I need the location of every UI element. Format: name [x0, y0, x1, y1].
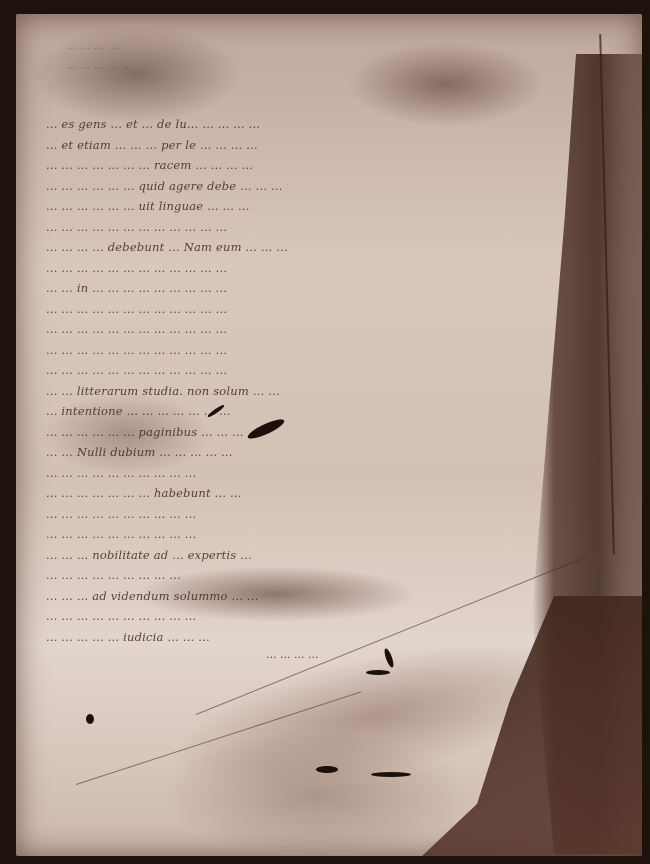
- text-line: ... ... ... ... ... ... ... ... ... ...: [46, 504, 606, 525]
- isolated-text-line: ... ... ... ...: [266, 648, 318, 661]
- ink-blot: [316, 766, 338, 773]
- ink-blot: [86, 714, 94, 724]
- faded-line: ... ... ... ...: [66, 36, 566, 56]
- text-line: ... ... ... ... ... ... ... ... ... ...: [46, 524, 606, 545]
- faded-top-text: ... ... ... ... ... ... ... ... ...: [66, 36, 566, 76]
- parchment-leaf: ... ... ... ... ... ... ... ... ... ... …: [16, 14, 642, 856]
- text-line: ... ... ... ad videndum solummo ... ...: [46, 586, 606, 607]
- text-line: ... intentione ... ... ... ... ... ... .…: [46, 401, 606, 422]
- ink-blot: [371, 772, 411, 777]
- text-line: ... et etiam ... ... ... per le ... ... …: [46, 135, 606, 156]
- text-line: ... ... ... ... ... ... ... ... ... ... …: [46, 319, 606, 340]
- text-line: ... ... litterarum studia. non solum ...…: [46, 381, 606, 402]
- text-line: ... ... ... ... ... ... ... habebunt ...…: [46, 483, 606, 504]
- text-line: ... ... ... nobilitate ad ... expertis .…: [46, 545, 606, 566]
- faded-line: ... ... ... ... ...: [66, 56, 566, 76]
- text-line: ... ... ... ... debebunt ... Nam eum ...…: [46, 237, 606, 258]
- manuscript-photograph: ... ... ... ... ... ... ... ... ... ... …: [0, 0, 650, 864]
- text-line: ... ... Nulli dubium ... ... ... ... ...: [46, 442, 606, 463]
- ink-blot: [366, 670, 390, 675]
- manuscript-text-block: ... es gens ... et ... de lu... ... ... …: [46, 114, 606, 647]
- text-line: ... ... ... ... ... ... ... ... ... ...: [46, 463, 606, 484]
- text-line: ... ... ... ... ... ... paginibus ... ..…: [46, 422, 606, 443]
- text-line: ... ... ... ... ... ... ... ... ... ... …: [46, 258, 606, 279]
- text-line: ... ... in ... ... ... ... ... ... ... .…: [46, 278, 606, 299]
- text-line: ... ... ... ... ... ... ... ... ... ... …: [46, 360, 606, 381]
- text-line: ... ... ... ... ... ... ... racem ... ..…: [46, 155, 606, 176]
- text-line: ... ... ... ... ... ... quid agere debe …: [46, 176, 606, 197]
- text-line: ... ... ... ... ... ... ... ... ... ... …: [46, 299, 606, 320]
- text-line: ... es gens ... et ... de lu... ... ... …: [46, 114, 606, 135]
- text-line: ... ... ... ... ... ... ... ... ... ... …: [46, 217, 606, 238]
- text-line: ... ... ... ... ... ... uit linguae ... …: [46, 196, 606, 217]
- text-line: ... ... ... ... ... ... ... ... ... ... …: [46, 340, 606, 361]
